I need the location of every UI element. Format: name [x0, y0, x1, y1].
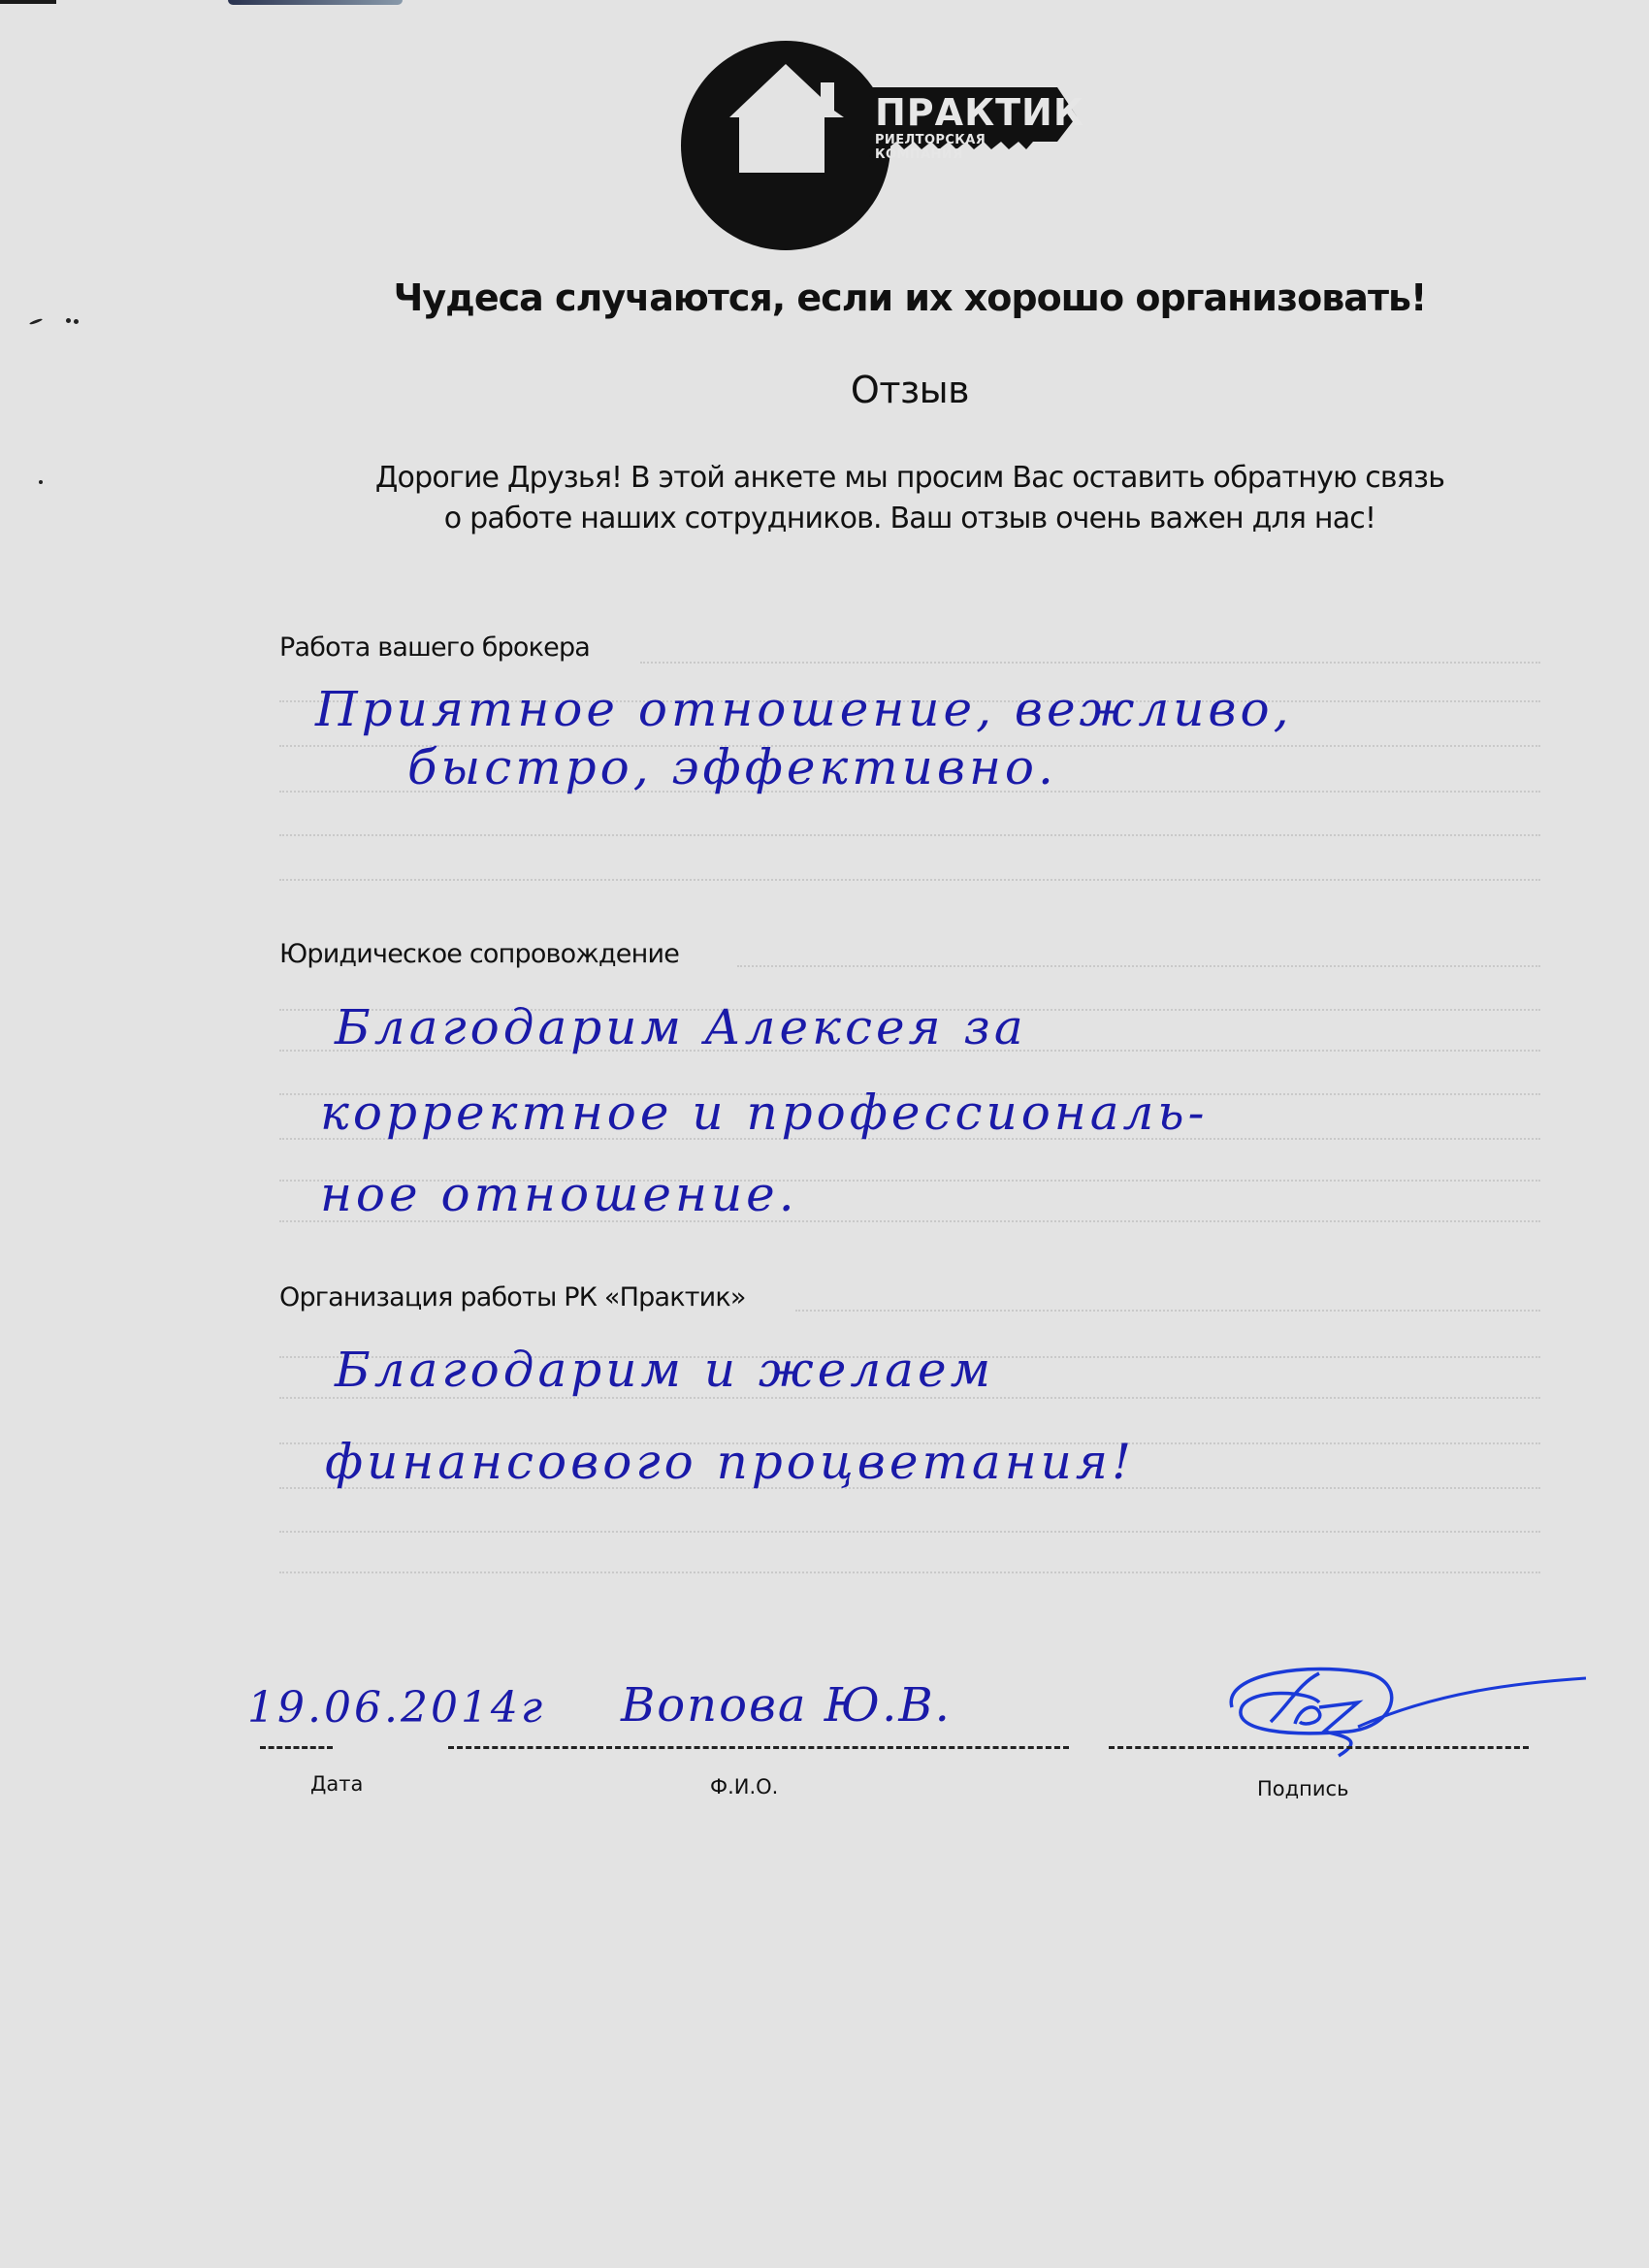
handwritten-answer: Приятное отношение, вежливо,: [315, 681, 1293, 737]
guide-line: [279, 1531, 1540, 1533]
handwritten-answer: ное отношение.: [320, 1166, 798, 1222]
name-caption: Ф.И.О.: [710, 1775, 778, 1798]
intro-text: Дорогие Друзья! В этой анкете мы просим …: [85, 458, 1649, 539]
signature-underline: [1109, 1746, 1529, 1749]
intro-line: о работе наших сотрудников. Ваш отзыв оч…: [85, 499, 1649, 539]
scan-edge-mark: [0, 0, 56, 4]
scan-speck: [39, 480, 43, 484]
handwritten-answer: Благодарим Алексея за: [335, 999, 1027, 1055]
guide-line: [279, 879, 1540, 881]
date-caption: Дата: [310, 1772, 363, 1796]
signature-caption: Подпись: [1257, 1777, 1348, 1800]
date-field: 19.06.2014г: [247, 1683, 545, 1733]
guide-line: [795, 1310, 1540, 1312]
page-title: Отзыв: [85, 369, 1649, 411]
handwritten-answer: Благодарим и желаем: [335, 1342, 994, 1398]
intro-line: Дорогие Друзья! В этой анкете мы просим …: [85, 458, 1649, 499]
signature: [1203, 1654, 1591, 1761]
signature-icon: [1203, 1654, 1591, 1761]
section-label-organization: Организация работы РК «Практик»: [279, 1282, 746, 1312]
handwritten-answer: быстро, эффективно.: [407, 739, 1057, 795]
brand-name: ПРАКТИК: [875, 93, 1084, 132]
guide-line: [279, 834, 1540, 836]
scan-edge-mark: [228, 0, 403, 5]
handwritten-answer: финансового процветания!: [325, 1434, 1135, 1490]
name-underline: [448, 1746, 1069, 1749]
section-label-legal: Юридическое сопровождение: [279, 939, 679, 969]
company-logo: ПРАКТИК РИЕЛТОРСКАЯ КОМПАНИЯ: [650, 37, 1077, 255]
slogan: Чудеса случаются, если их хорошо организ…: [85, 276, 1649, 319]
brand-subtitle: РИЕЛТОРСКАЯ КОМПАНИЯ: [875, 133, 1077, 162]
date-underline: [260, 1746, 333, 1749]
scan-speck: [74, 319, 79, 324]
guide-line: [640, 662, 1540, 664]
scan-speck: [29, 318, 43, 326]
name-field: Вопова Ю.В.: [621, 1678, 952, 1733]
scan-speck: [66, 318, 71, 323]
section-label-broker: Работа вашего брокера: [279, 632, 590, 663]
guide-line: [737, 965, 1540, 967]
handwritten-answer: корректное и профессиональ-: [320, 1085, 1209, 1141]
guide-line: [279, 1571, 1540, 1573]
